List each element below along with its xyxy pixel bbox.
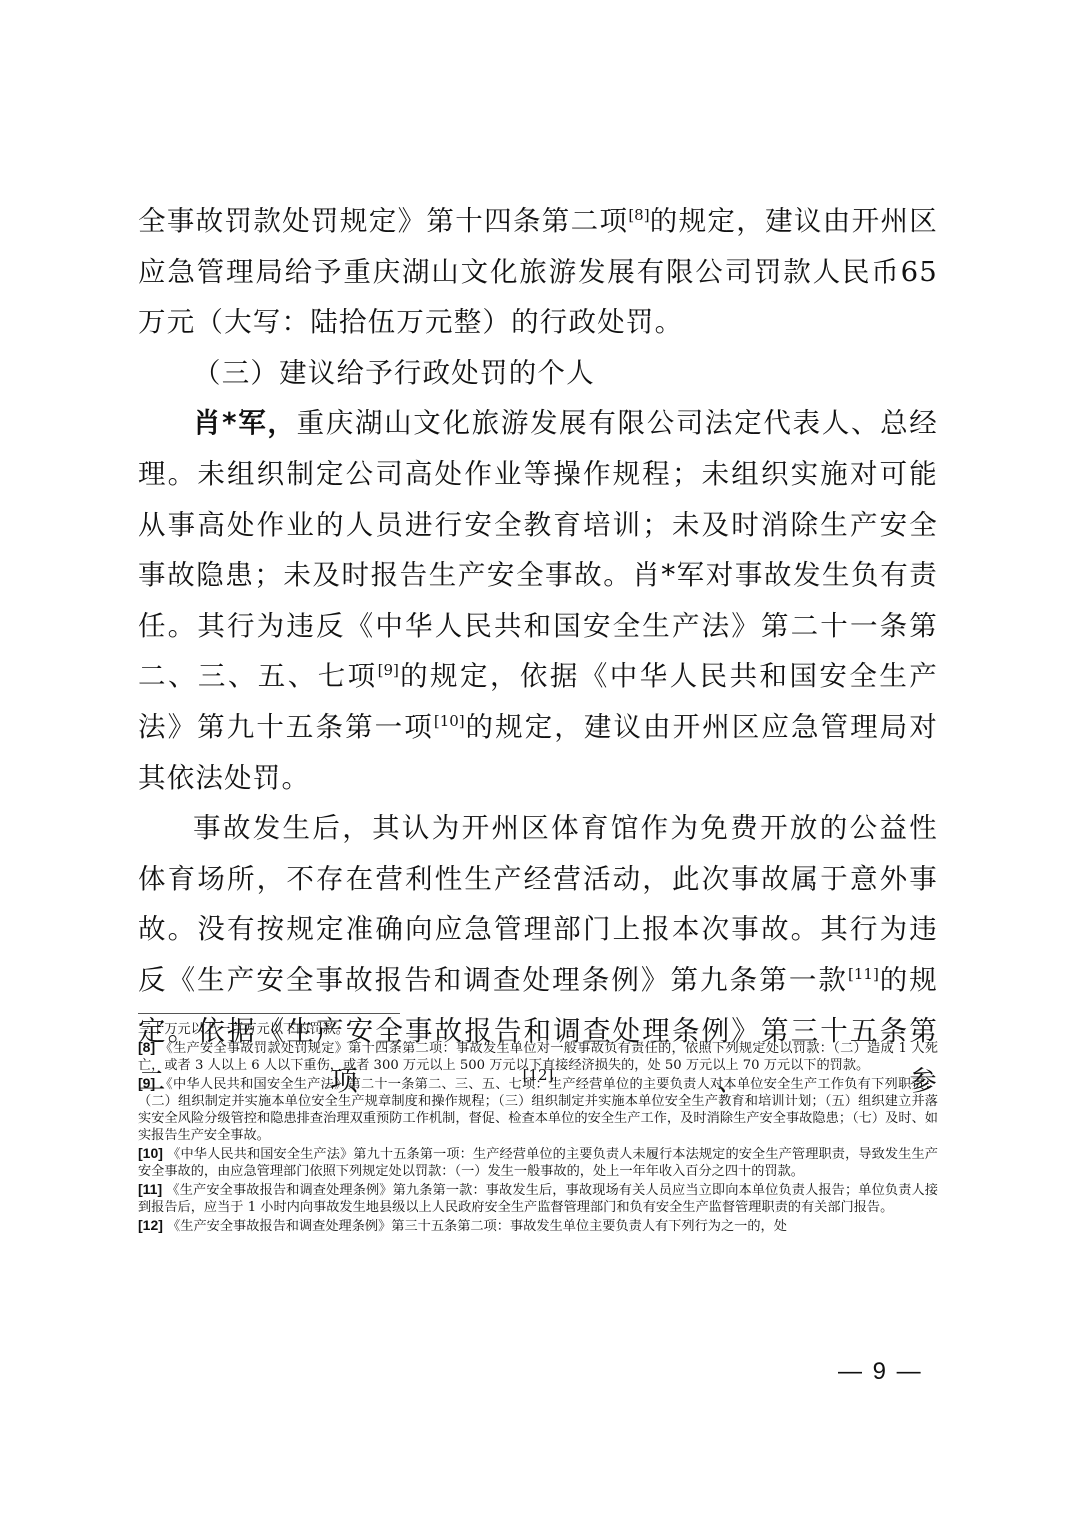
- footnote-text: 《中华人民共和国安全生产法》第九十五条第一项：生产经营单位的主要负责人未履行本法…: [138, 1147, 938, 1179]
- paragraph-individual-xiao: 肖*军，重庆湖山文化旅游发展有限公司法定代表人、总经理。未组织制定公司高处作业等…: [138, 398, 938, 803]
- footnote-number: [10]: [138, 1145, 163, 1161]
- footnote-ref-8[interactable]: [8]: [628, 206, 649, 224]
- footnote-number: [11]: [138, 1181, 162, 1197]
- paragraph-text: 重庆湖山文化旅游发展有限公司法定代表人、总经理。未组织制定公司高处作业等操作规程…: [138, 407, 938, 692]
- person-name: 肖*军，: [193, 407, 297, 439]
- footnote-continuation: 三十万元以上一百万元以下的罚款。: [138, 1021, 938, 1038]
- footnote-ref-10[interactable]: [10]: [434, 712, 465, 730]
- footnote-number: [12]: [138, 1217, 163, 1233]
- footnote-text: 《生产安全事故罚款处罚规定》第十四条第二项：事故发生单位对一般事故负有责任的，依…: [138, 1041, 938, 1073]
- footnote-12: [12] 《生产安全事故报告和调查处理条例》第三十五条第二项：事故发生单位主要负…: [138, 1217, 938, 1235]
- footnote-9: [9] 《中华人民共和国安全生产法》第二十一条第二、三、五、七项：生产经营单位的…: [138, 1075, 938, 1145]
- footnote-ref-11[interactable]: [11]: [848, 965, 879, 983]
- footnote-text: 《生产安全事故报告和调查处理条例》第三十五条第二项：事故发生单位主要负责人有下列…: [163, 1219, 787, 1234]
- footnote-number: [8]: [138, 1039, 155, 1055]
- footnote-ref-9[interactable]: [9]: [378, 661, 399, 679]
- paragraph-text: 全事故罚款处罚规定》第十四条第二项: [138, 205, 628, 237]
- paragraph-company-penalty: 全事故罚款处罚规定》第十四条第二项[8]的规定，建议由开州区应急管理局给予重庆湖…: [138, 196, 938, 348]
- document-page: 全事故罚款处罚规定》第十四条第二项[8]的规定，建议由开州区应急管理局给予重庆湖…: [0, 0, 1074, 1520]
- footnote-10: [10] 《中华人民共和国安全生产法》第九十五条第一项：生产经营单位的主要负责人…: [138, 1145, 938, 1180]
- footnote-separator: [138, 1013, 400, 1014]
- page-number: — 9 —: [838, 1358, 923, 1386]
- paragraph-text: 事故发生后，其认为开州区体育馆作为免费开放的公益性体育场所，不存在营利性生产经营…: [138, 812, 938, 996]
- footnote-text: 《生产安全事故报告和调查处理条例》第九条第一款：事故发生后，事故现场有关人员应当…: [138, 1183, 938, 1215]
- footnote-text: 《中华人民共和国安全生产法》第二十一条第二、三、五、七项：生产经营单位的主要负责…: [138, 1077, 938, 1144]
- footnotes: 三十万元以上一百万元以下的罚款。 [8] 《生产安全事故罚款处罚规定》第十四条第…: [138, 1021, 938, 1236]
- section-heading: （三）建议给予行政处罚的个人: [138, 348, 938, 399]
- footnote-8: [8] 《生产安全事故罚款处罚规定》第十四条第二项：事故发生单位对一般事故负有责…: [138, 1039, 938, 1074]
- footnote-number: [9]: [138, 1075, 155, 1091]
- body-text: 全事故罚款处罚规定》第十四条第二项[8]的规定，建议由开州区应急管理局给予重庆湖…: [138, 196, 938, 1107]
- footnote-11: [11] 《生产安全事故报告和调查处理条例》第九条第一款：事故发生后，事故现场有…: [138, 1181, 938, 1216]
